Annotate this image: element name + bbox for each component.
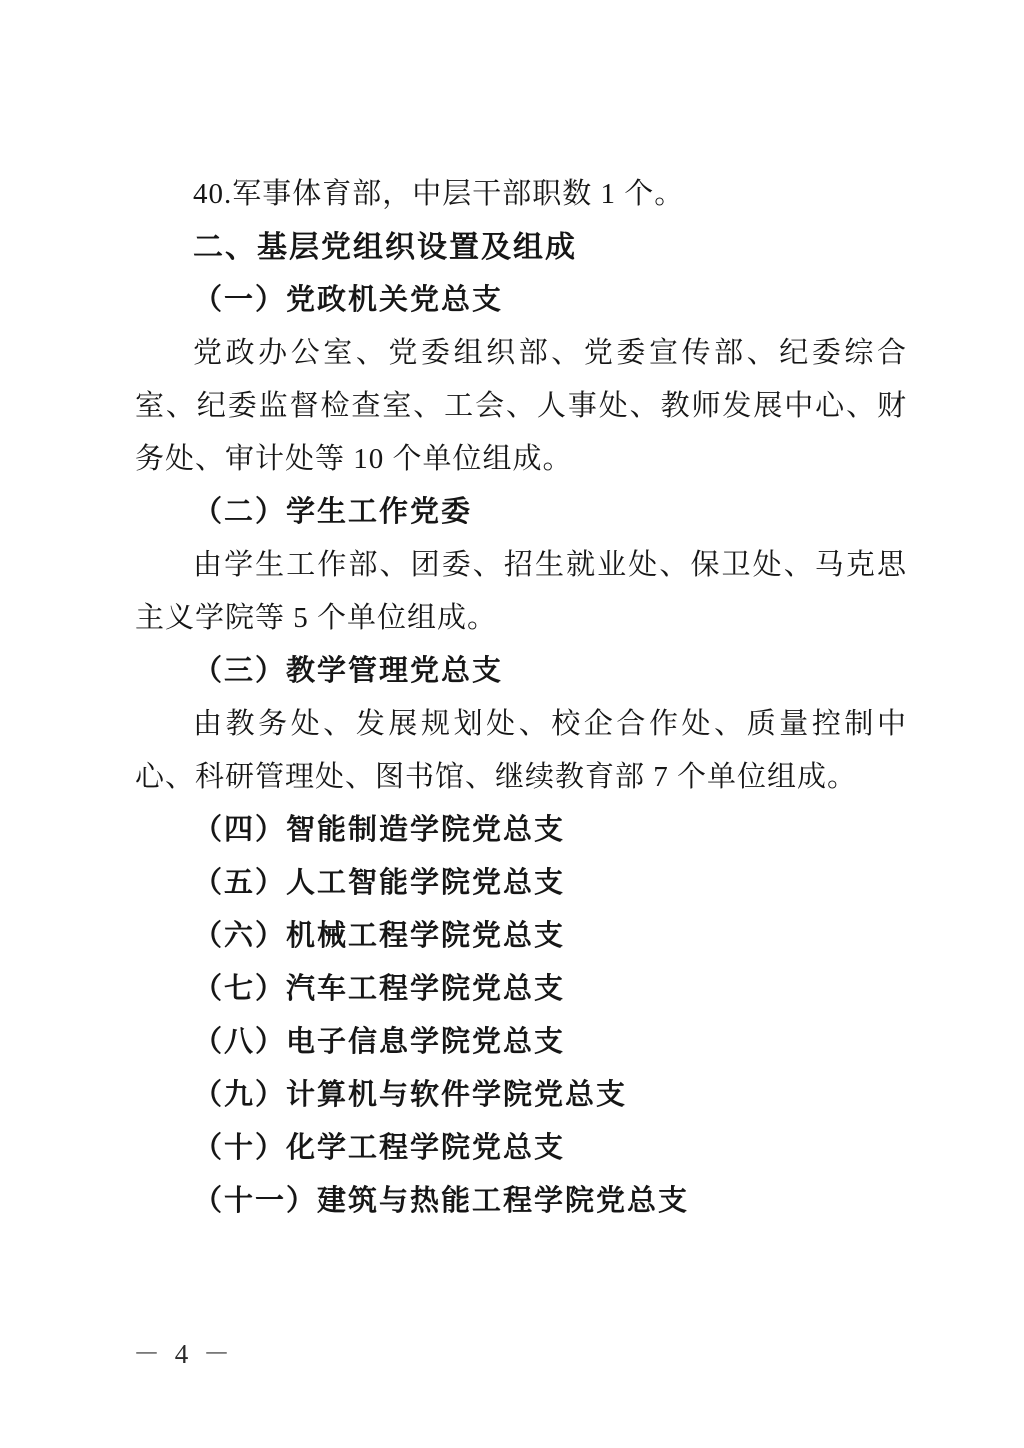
subsection-heading: （一）党政机关党总支 — [135, 274, 907, 327]
page-number: － 4 － — [133, 1332, 234, 1371]
subsection-heading: （十）化学工程学院党总支 — [135, 1122, 907, 1175]
body-paragraph: 40.军事体育部，中层干部职数 1 个。 — [135, 168, 907, 221]
document-page: 40.军事体育部，中层干部职数 1 个。 二、基层党组织设置及组成 （一）党政机… — [0, 0, 1024, 1448]
subsection-heading: （二）学生工作党委 — [135, 486, 907, 539]
document-body: 40.军事体育部，中层干部职数 1 个。 二、基层党组织设置及组成 （一）党政机… — [135, 168, 907, 1228]
subsection-heading: （十一）建筑与热能工程学院党总支 — [135, 1175, 907, 1228]
subsection-heading: （五）人工智能学院党总支 — [135, 857, 907, 910]
subsection-heading: （四）智能制造学院党总支 — [135, 804, 907, 857]
body-paragraph: 党政办公室、党委组织部、党委宣传部、纪委综合室、纪委监督检查室、工会、人事处、教… — [135, 327, 907, 486]
subsection-heading: （八）电子信息学院党总支 — [135, 1016, 907, 1069]
section-heading: 二、基层党组织设置及组成 — [135, 221, 907, 274]
body-paragraph: 由学生工作部、团委、招生就业处、保卫处、马克思主义学院等 5 个单位组成。 — [135, 539, 907, 645]
subsection-heading: （六）机械工程学院党总支 — [135, 910, 907, 963]
subsection-heading: （七）汽车工程学院党总支 — [135, 963, 907, 1016]
body-paragraph: 由教务处、发展规划处、校企合作处、质量控制中心、科研管理处、图书馆、继续教育部 … — [135, 698, 907, 804]
subsection-heading: （九）计算机与软件学院党总支 — [135, 1069, 907, 1122]
subsection-heading: （三）教学管理党总支 — [135, 645, 907, 698]
